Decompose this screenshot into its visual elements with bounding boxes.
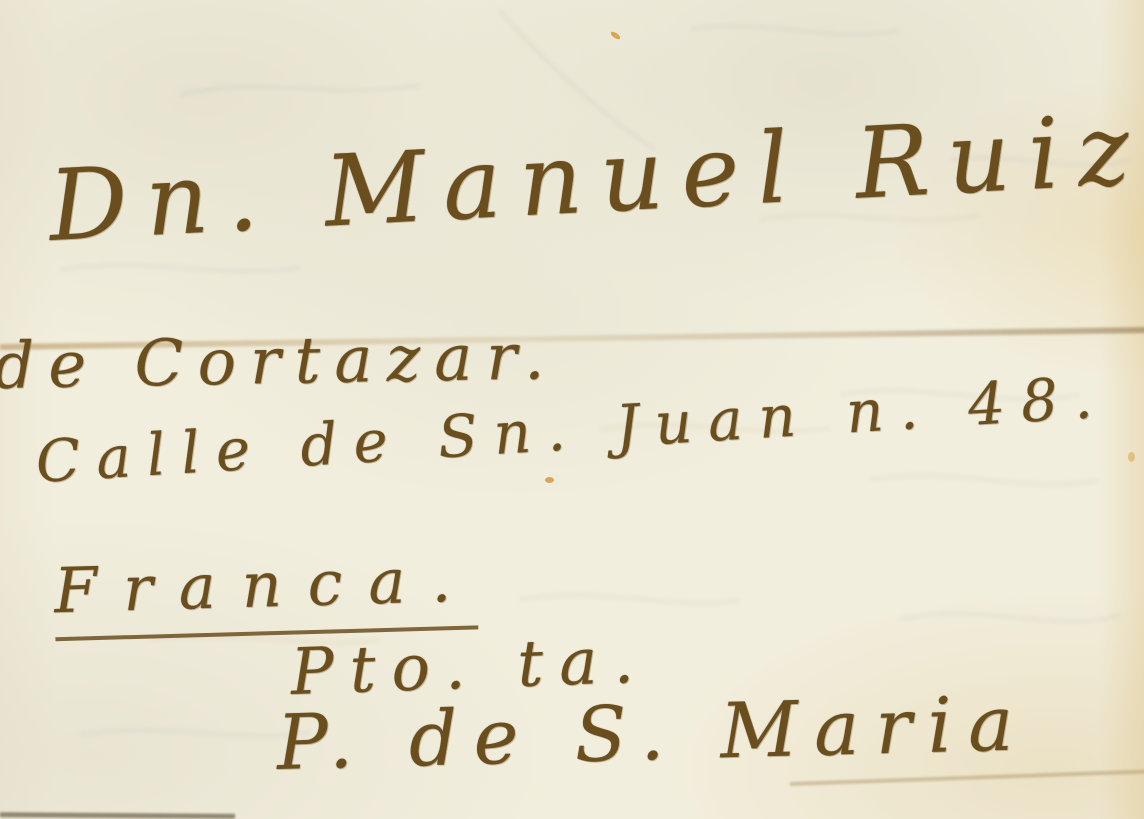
ink-speck	[545, 477, 554, 483]
ink-speck	[1128, 452, 1135, 462]
franca-marking-line: Franca.	[53, 545, 477, 639]
manuscript-page: Dn. Manuel Ruiz de Cortazar. Calle de Sn…	[0, 0, 1144, 819]
recipient-surname-line: de Cortazar.	[0, 320, 559, 404]
franca-marking-text: Franca.	[53, 542, 478, 641]
recipient-surname-text: de Cortazar.	[0, 320, 559, 404]
